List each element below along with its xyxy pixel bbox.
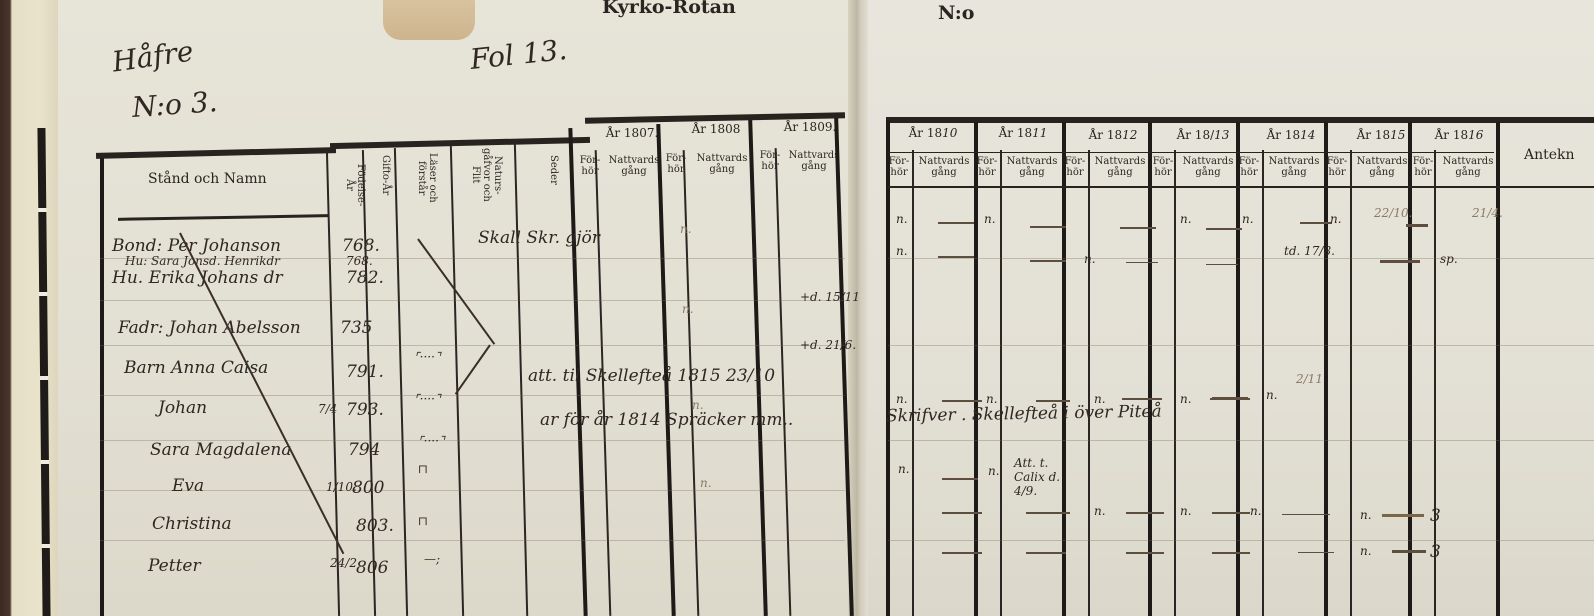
birth-year: 782. (346, 268, 384, 288)
remark-note: ar för år 1814 Spräcker mm.. (540, 410, 793, 430)
grid-line (100, 490, 845, 491)
reading-mark: —; (424, 552, 440, 566)
forhor-mark: n. (1330, 212, 1342, 226)
communion-dash (1382, 514, 1424, 517)
grid-line (100, 300, 845, 301)
person-name: Fadr: Johan Abelsson (118, 318, 301, 338)
forhor-mark: n. (896, 244, 908, 258)
communion-dash (938, 256, 974, 258)
communion-dash (1212, 512, 1250, 514)
sub-forhor: För-hör (1238, 156, 1260, 178)
forhor-mark: n. (1250, 504, 1262, 518)
sub-nattvard: Nattvards gång (692, 153, 752, 175)
death-mark: td. 17/8. (1284, 244, 1335, 258)
birth-year: 793. (346, 400, 384, 420)
year-1813: År 18/13 (1168, 130, 1238, 141)
communion-dash (1298, 552, 1334, 553)
forhor-mark: n. (682, 302, 694, 316)
sub-forhor: För-hör (578, 155, 602, 177)
communion-dash (1030, 260, 1066, 262)
forhor-mark: n. (1266, 388, 1278, 402)
birth-date: 24/2 (330, 556, 357, 570)
sub-nattvard: Nattvards gång (1438, 156, 1498, 178)
morals-note: Skall Skr. gjör (478, 228, 600, 248)
col-rule (974, 122, 978, 616)
right-page-number-label: N:o (938, 2, 974, 24)
remarks-header: Antekn (1524, 150, 1575, 161)
communion-dash (1030, 226, 1066, 228)
reading-mark: ⌜····⌝ (418, 434, 445, 448)
col-rule (1148, 122, 1152, 616)
col-rule (1496, 122, 1500, 616)
birth-date: 7/4 (318, 402, 337, 416)
moved-date-note: Att. t. Calix d. 4/9. (1014, 456, 1074, 498)
forhor-mark: n. (988, 464, 1000, 478)
person-name: Hu: Sara Jonsd. Henrikdr (125, 254, 280, 268)
forhor-mark: n. (984, 212, 996, 226)
communion-date: 22/10. (1374, 206, 1412, 220)
page-edge-rule (37, 128, 50, 616)
person-name: Johan (158, 398, 207, 418)
sub-forhor: För-hör (1412, 156, 1434, 178)
right-page (858, 0, 1594, 616)
register-photo: Kyrko-Rotan N:o Håfre N:o 3. Fol 13. Stå… (0, 0, 1594, 616)
forhor-mark: n. (898, 462, 910, 476)
sub-nattvard: Nattvards gång (1264, 156, 1324, 178)
communion-dash (1212, 397, 1248, 399)
communion-dash (1212, 552, 1250, 554)
person-name: Petter (148, 556, 201, 576)
col-header-name: Stånd och Namn (148, 174, 267, 185)
communion-dash (1126, 262, 1158, 263)
forhor-mark: n. (1084, 252, 1096, 266)
col-header-marriage: Gifto-År (380, 150, 391, 200)
forhor-mark: n. (1360, 508, 1372, 522)
birth-year: 803. (356, 516, 394, 536)
birth-year: 800 (352, 478, 384, 498)
reading-mark: ⊓ (418, 462, 428, 476)
birth-year: 806 (356, 558, 388, 578)
communion-dash (942, 400, 982, 402)
sub-forhor: För-hör (1326, 156, 1348, 178)
forhor-mark: n. (1180, 212, 1192, 226)
sub-forhor: För-hör (1064, 156, 1086, 178)
grid-line (100, 395, 845, 396)
communion-dash (1036, 400, 1070, 402)
reading-mark: ⌜····⌝ (414, 392, 441, 406)
communion-dash (1380, 260, 1420, 263)
forhor-mark: n. (692, 398, 704, 412)
year-1815: År 1815 (1346, 130, 1416, 141)
communion-dash (938, 222, 974, 224)
sub-nattvard: Nattvards gång (914, 156, 974, 178)
col-header-reading: Läser och förstår (416, 148, 438, 208)
sub-nattvard: Nattvards gång (604, 155, 664, 177)
table-top-rule (886, 117, 1594, 123)
household-number: N:o 3. (131, 85, 219, 124)
year-1814: År 1814 (1256, 130, 1326, 141)
sub-forhor: För-hör (758, 150, 782, 172)
col-rule (1350, 150, 1352, 616)
forhor-mark: n. (896, 392, 908, 406)
col-rule (1088, 150, 1090, 616)
col-rule (1062, 122, 1066, 616)
death-date: +d. 15/11 (800, 290, 860, 304)
person-name: Eva (172, 476, 204, 496)
forhor-mark: n. (1180, 392, 1192, 406)
communion-date: 2/11 (1296, 372, 1323, 386)
sub-nattvard: Nattvards gång (1002, 156, 1062, 178)
year-divider-rule (888, 152, 1494, 153)
communion-dash (1026, 552, 1066, 554)
col-rule (912, 150, 914, 616)
col-header-morals: Seder (548, 150, 559, 190)
year-1808: År 1808 (676, 124, 756, 135)
sub-nattvard: Nattvards gång (1090, 156, 1150, 178)
moved-note: att. til Skellefteå 1815 23/10 (528, 366, 775, 386)
col-rule (1174, 150, 1176, 616)
communion-dash (1026, 512, 1070, 514)
communion-count: 3 (1430, 542, 1441, 562)
year-1816: År 1816 (1424, 130, 1494, 141)
forhor-mark: n. (896, 212, 908, 226)
communion-dash (1126, 552, 1164, 554)
birth-year: 794 (348, 440, 380, 460)
communion-dash (942, 478, 978, 480)
grid-line (888, 540, 1594, 541)
forhor-mark: n. (680, 222, 692, 236)
sub-forhor: För-hör (888, 156, 910, 178)
kyrko-rotan-title: Kyrko-Rotan (602, 0, 736, 18)
communion-dash (1206, 264, 1238, 265)
sub-nattvard: Nattvards gång (1178, 156, 1238, 178)
forhor-mark: n. (1180, 504, 1192, 518)
grid-line (888, 258, 1594, 259)
grid-line (888, 440, 1594, 441)
death-date: +d. 21/6. (800, 338, 856, 352)
col-rule (1236, 122, 1240, 616)
forhor-mark: n. (1094, 504, 1106, 518)
communion-dash (1122, 398, 1162, 400)
communion-dash (1206, 228, 1242, 230)
col-rule (886, 120, 890, 616)
communion-dash (1282, 514, 1330, 515)
communion-dash (1126, 512, 1164, 514)
reading-mark: ⊓ (418, 514, 428, 528)
forhor-mark: n. (1360, 544, 1372, 558)
book-gutter (848, 0, 868, 616)
birth-year: 735 (340, 318, 372, 338)
communion-dash (942, 512, 982, 514)
communion-dash (1392, 550, 1426, 553)
col-rule (100, 158, 104, 616)
year-1811: År 1811 (988, 128, 1058, 139)
communion-date: 21/4. (1472, 206, 1503, 220)
col-rule (1408, 122, 1412, 616)
birth-year: 768. (342, 236, 380, 256)
year-1810: År 1810 (898, 128, 968, 139)
person-name: Christina (152, 514, 232, 534)
col-rule (1324, 122, 1328, 616)
col-rule (1262, 150, 1264, 616)
communion-dash (1406, 224, 1428, 227)
sub-nattvard: Nattvards gång (1352, 156, 1412, 178)
birth-year: 768. (346, 254, 373, 268)
grid-line (888, 345, 1594, 346)
reading-mark: ⌜····⌝ (414, 350, 441, 364)
grid-line (100, 345, 845, 346)
forhor-mark: n. (700, 476, 712, 490)
year-1812: År 1812 (1078, 130, 1148, 141)
sp-mark: sp. (1440, 252, 1458, 266)
col-header-gifts: Naturs-gåfvor och Flit (470, 145, 503, 205)
communion-dash (1120, 227, 1156, 229)
header-bottom-rule (888, 186, 1594, 188)
col-rule (1000, 150, 1002, 616)
person-name: Bond: Per Johanson (112, 236, 281, 256)
forhor-mark: n. (1242, 212, 1254, 226)
sub-forhor: För-hör (976, 156, 998, 178)
person-name: Sara Magdalena (150, 440, 291, 460)
sub-forhor: För-hör (1152, 156, 1174, 178)
grid-line (100, 540, 845, 541)
birth-year: 791. (346, 362, 384, 382)
communion-count: 3 (1430, 506, 1441, 526)
bookmark-ribbon (383, 0, 475, 40)
communion-dash (1300, 222, 1332, 224)
communion-dash (942, 552, 982, 554)
